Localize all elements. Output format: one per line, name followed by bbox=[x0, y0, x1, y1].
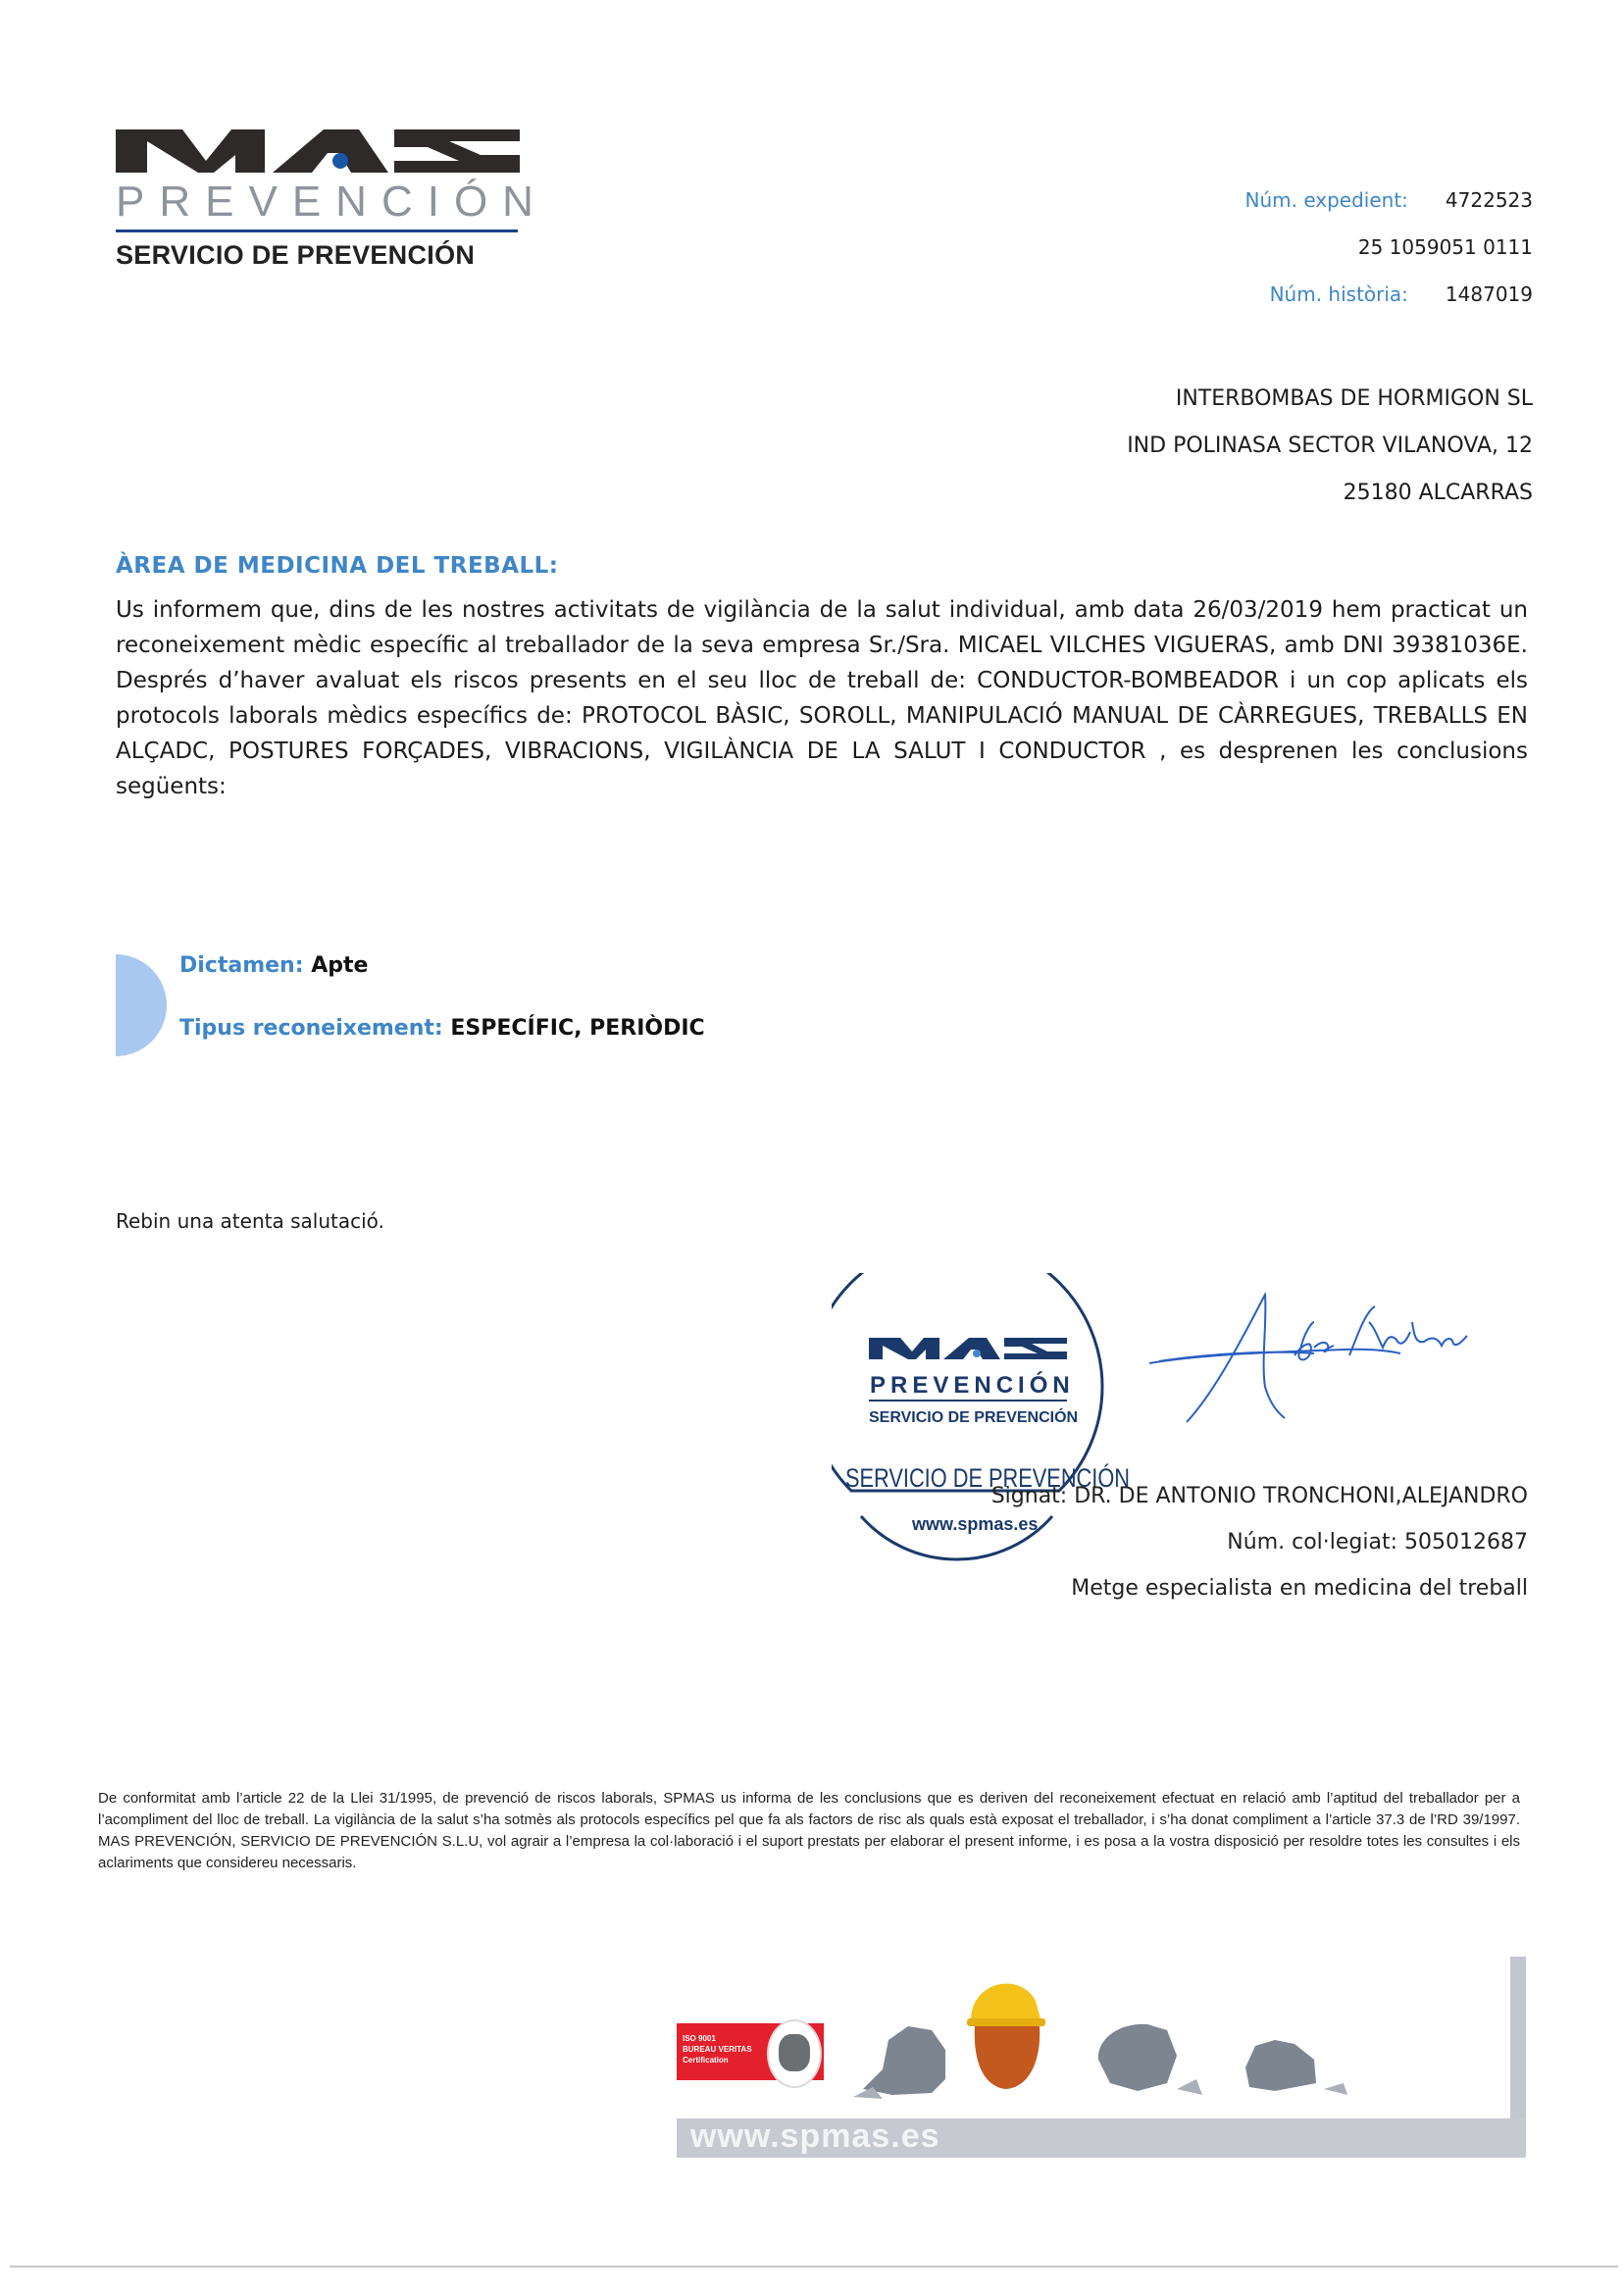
historia-label: Núm. història: bbox=[1270, 282, 1408, 306]
signer-block: Signat: DR. DE ANTONIO TRONCHONI,ALEJAND… bbox=[991, 1473, 1528, 1611]
tipus-label: Tipus reconeixement: bbox=[179, 1016, 443, 1041]
stamp-tagline: SERVICIO DE PREVENCIÓN bbox=[869, 1407, 1078, 1426]
logo-tagline: SERVICIO DE PREVENCIÓN bbox=[116, 240, 528, 271]
bureau-veritas-seal-icon bbox=[767, 2019, 822, 2088]
company-logo: PREVENCIÓN SERVICIO DE PREVENCIÓN bbox=[116, 126, 528, 271]
expedient-label: Núm. expedient: bbox=[1244, 188, 1407, 212]
iso-line1: ISO 9001 bbox=[683, 2033, 752, 2044]
historia-row: Núm. història:1487019 bbox=[1244, 271, 1533, 318]
closing-greeting: Rebin una atenta salutació. bbox=[116, 1209, 384, 1233]
recipient-street: IND POLINASA SECTOR VILANOVA, 12 bbox=[1127, 423, 1533, 470]
dictamen-row: Dictamen: Apte bbox=[179, 953, 368, 978]
report-body: Us informem que, dins de les nostres act… bbox=[116, 592, 1528, 804]
iso-certification-badge: ISO 9001 BUREAU VERITAS Certification bbox=[677, 2023, 824, 2080]
stamp-subtitle: PREVENCIÓN bbox=[870, 1371, 1075, 1399]
banner-url-bar: www.spmas.es bbox=[677, 2118, 1526, 2158]
mas-logo-mark bbox=[116, 126, 520, 177]
reference-block: Núm. expedient:4722523 25 1059051 0111 N… bbox=[1244, 177, 1533, 318]
iso-line2: BUREAU VERITAS bbox=[683, 2044, 752, 2055]
section-title: ÀREA DE MEDICINA DEL TREBALL: bbox=[116, 553, 559, 579]
handwritten-signature bbox=[1147, 1293, 1520, 1440]
footer-banner: ISO 9001 BUREAU VERITAS Certification ww… bbox=[677, 1957, 1526, 2158]
logo-divider bbox=[116, 229, 518, 232]
tipus-value: ESPECÍFIC, PERIÒDIC bbox=[450, 1016, 704, 1041]
page-bottom-rule bbox=[10, 2266, 1618, 2268]
tipus-row: Tipus reconeixement: ESPECÍFIC, PERIÒDIC bbox=[179, 1016, 705, 1041]
recipient-city: 25180 ALCARRAS bbox=[1127, 470, 1533, 517]
historia-value: 1487019 bbox=[1446, 282, 1533, 306]
signer-colegiat: Núm. col·legiat: 505012687 bbox=[991, 1519, 1528, 1565]
logo-subtitle: PREVENCIÓN bbox=[116, 178, 528, 226]
expedient-value: 4722523 bbox=[1446, 188, 1533, 212]
expedient-row: Núm. expedient:4722523 bbox=[1244, 177, 1533, 224]
recipient-company: INTERBOMBAS DE HORMIGON SL bbox=[1127, 376, 1533, 423]
reference-code: 25 1059051 0111 bbox=[1244, 224, 1533, 271]
recipient-address: INTERBOMBAS DE HORMIGON SL IND POLINASA … bbox=[1127, 376, 1533, 517]
iso-line3: Certification bbox=[683, 2055, 752, 2065]
legal-disclaimer: De conformitat amb l’article 22 de la Ll… bbox=[98, 1788, 1520, 1874]
signer-name: Signat: DR. DE ANTONIO TRONCHONI,ALEJAND… bbox=[991, 1473, 1528, 1519]
dictamen-value: Apte bbox=[311, 953, 368, 978]
half-circle-decoration bbox=[116, 954, 167, 1056]
signer-role: Metge especialista en medicina del treba… bbox=[991, 1565, 1528, 1611]
banner-url: www.spmas.es bbox=[690, 2117, 940, 2156]
helmet-illustration bbox=[853, 1962, 1383, 2109]
dictamen-label: Dictamen: bbox=[179, 953, 304, 978]
